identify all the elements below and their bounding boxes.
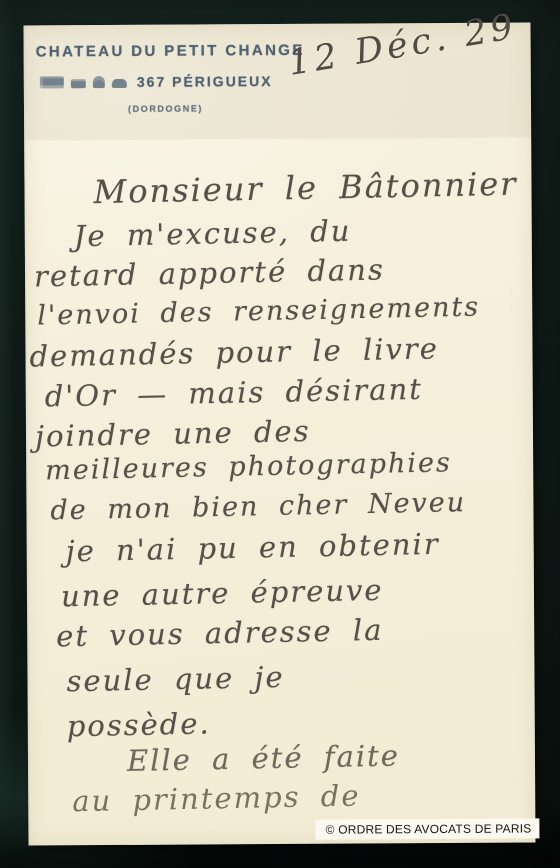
letterhead-phone-text: 367 PÉRIGUEUX (137, 73, 273, 90)
letter-line: et vous adresse la (56, 607, 535, 657)
letter-line: je n'ai pu en obtenir (65, 522, 534, 571)
tree-pictogram-icon (93, 76, 105, 88)
automobile-pictogram-icon (112, 79, 127, 88)
letter-scan: CHATEAU DU PETIT CHANGE 367 PÉRIGUEUX (D… (0, 0, 560, 868)
chateau-pictogram-icon (40, 76, 64, 88)
letterhead-region: (DORDOGNE) (128, 103, 203, 113)
letter-line: seule que je (66, 652, 535, 701)
letter-paper: CHATEAU DU PETIT CHANGE 367 PÉRIGUEUX (D… (24, 22, 536, 845)
copyright-label: © ORDRE DES AVOCATS DE PARIS (316, 818, 540, 839)
letterhead-name: CHATEAU DU PETIT CHANGE (36, 42, 305, 61)
letterhead-pictograms (40, 76, 127, 89)
handwritten-date: 12 Déc. 29 (285, 7, 519, 84)
farm-buildings-pictogram-icon (71, 79, 86, 88)
letter-line: au printemps de (72, 772, 536, 821)
letterhead-phone-line: 367 PÉRIGUEUX (40, 73, 273, 90)
letter-lines: Monsieur le BâtonnierJe m'excuse, dureta… (24, 165, 535, 821)
